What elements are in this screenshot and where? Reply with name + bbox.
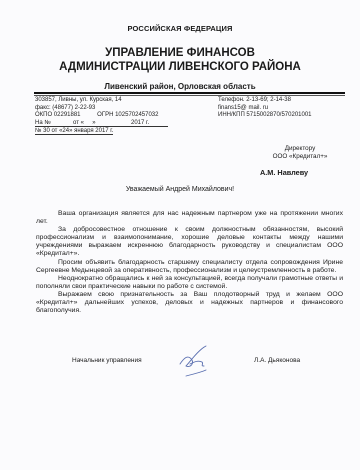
- contact-details-left: 303857, Ливны, ул. Курская, 14 факс: (48…: [35, 97, 158, 120]
- paragraph: Ваша организация является для нас надежн…: [36, 210, 343, 226]
- country-heading: РОССИЙСКАЯ ФЕДЕРАЦИЯ: [0, 24, 360, 33]
- signatory-name: Л.А. Дьяконова: [254, 357, 300, 364]
- reference-year: 2017 г.: [131, 120, 149, 126]
- addressee-organization: ООО «Кредитал+»: [240, 153, 360, 162]
- handwritten-signature-icon: [176, 342, 216, 382]
- phone: Телефон. 2-13-69; 2-14-38: [218, 97, 312, 105]
- reference-line-outgoing: № 30 от «24» января 2017 г.: [35, 128, 113, 135]
- reference-line-incoming: На №от « »2017 г.: [35, 120, 168, 127]
- greeting: Уважаемый Андрей Михайлович!: [0, 186, 360, 193]
- header-divider-thin: [34, 95, 345, 96]
- signatory-position: Начальник управления: [72, 357, 142, 364]
- organization-title-line1: УПРАВЛЕНИЕ ФИНАНСОВ: [0, 47, 360, 59]
- letter-body: Ваша организация является для нас надежн…: [36, 210, 343, 315]
- email: finans15@ mail. ru: [218, 105, 312, 113]
- reference-from-date: от « »: [73, 120, 131, 126]
- organization-title-line2: АДМИНИСТРАЦИИ ЛИВЕНСКОГО РАЙОНА: [0, 61, 360, 73]
- letter-page: РОССИЙСКАЯ ФЕДЕРАЦИЯ УПРАВЛЕНИЕ ФИНАНСОВ…: [0, 0, 360, 470]
- reference-number-prefix: На №: [35, 120, 73, 126]
- region-subtitle: Ливенский район, Орловская область: [0, 82, 360, 91]
- paragraph: Выражаем свою признательность за Ваш пло…: [36, 291, 343, 315]
- contact-details-right: Телефон. 2-13-69; 2-14-38 finans15@ mail…: [218, 97, 312, 120]
- inn-kpp: ИНН/КПП 5715002870/570201001: [218, 112, 312, 120]
- paragraph: За добросовестное отношение к своим долж…: [36, 226, 343, 258]
- address: 303857, Ливны, ул. Курская, 14: [35, 97, 158, 105]
- paragraph: Просим объявить благодарность старшему с…: [36, 259, 343, 275]
- addressee-name: А.М. Навлеву: [260, 168, 308, 177]
- header-divider-thick: [34, 92, 345, 94]
- paragraph: Неоднократно обращались к ней за консуль…: [36, 275, 343, 291]
- okpo-ogrn: ОКПО 02291881 ОГРН 1025702457032: [35, 112, 158, 120]
- fax: факс: (48677) 2-22-93: [35, 105, 158, 113]
